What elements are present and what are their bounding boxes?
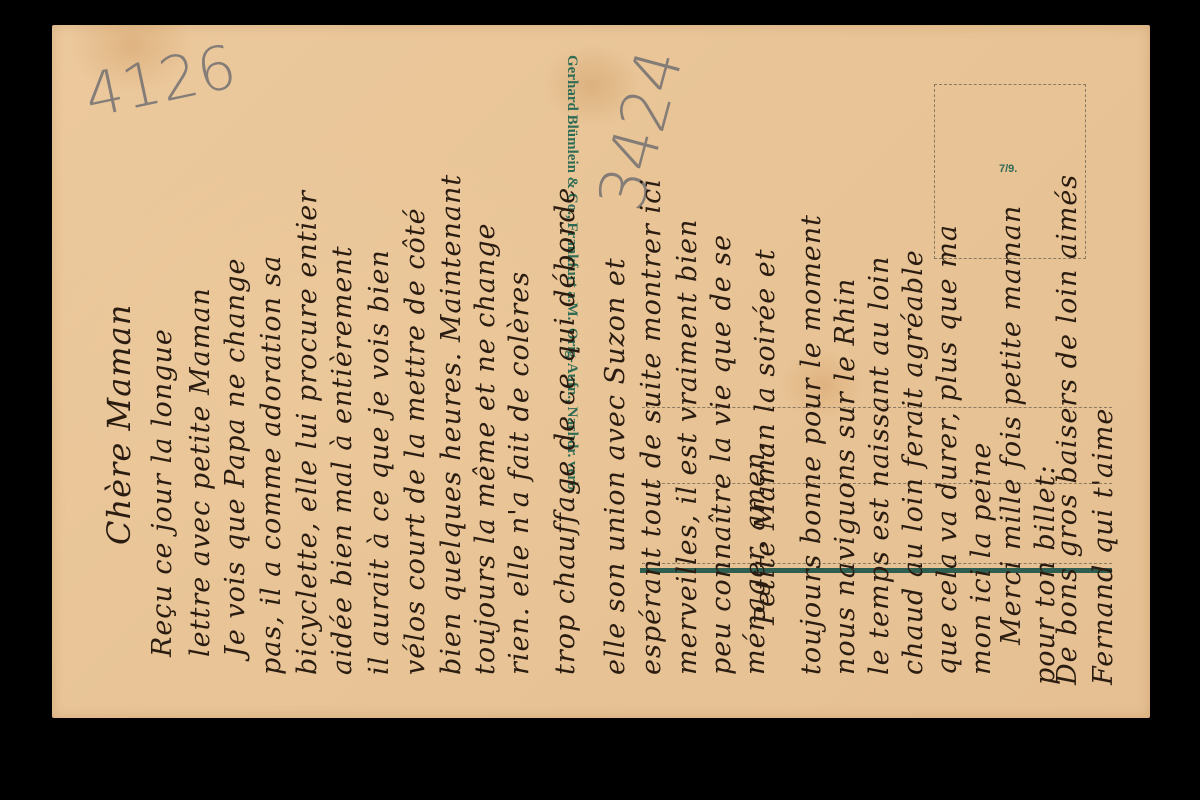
letter-line: trop chauffage de ce qui déborde xyxy=(550,187,581,675)
letter-line: pas, il a comme adoration sa xyxy=(256,255,287,675)
letter-line: De bons gros baisers de loin aimés xyxy=(1052,174,1083,685)
letter-signature: Fernand qui t'aime xyxy=(1088,408,1119,685)
letter-line: le temps est naissant au loin xyxy=(864,256,895,675)
letter-line: nous naviguons sur le Rhin xyxy=(830,278,861,675)
letter-line: toujours bonne pour le moment xyxy=(796,214,827,675)
letter-salutation: Chère Maman xyxy=(100,304,138,545)
letter-line: il aurait à ce que je vois bien xyxy=(364,249,395,675)
letter-line: toujours la même et ne change xyxy=(470,222,501,675)
letter-line: mon ici la peine xyxy=(966,442,997,675)
postcard: 4126 3424 7/9. Gerhard Blümlein & Co., F… xyxy=(52,25,1150,718)
letter-line: espérant tout de suite montrer ici xyxy=(636,178,667,675)
letter-line: elle son union avec Suzon et xyxy=(600,257,631,675)
letter-line: rien. elle n'a fait de colères xyxy=(504,271,535,675)
pencil-number-top-left: 4126 xyxy=(78,32,242,132)
letter-line: aidée bien mal à entièrement xyxy=(327,245,358,675)
letter-line: que cela va durer, plus que ma xyxy=(932,224,963,675)
letter-line: bien quelques heures. Maintenant xyxy=(436,174,467,675)
letter-line: Je vois que Papa ne change xyxy=(220,258,251,657)
letter-line: Petite Maman la soirée et xyxy=(750,248,781,625)
letter-line: vélos court de la mettre de côté xyxy=(400,207,431,675)
letter-line: chaud au loin ferait agréable xyxy=(898,249,929,675)
stamp-box-code: 7/9. xyxy=(999,163,1017,175)
letter-line: merveilles, il est vraiment bien xyxy=(672,219,703,675)
letter-line: Reçu ce jour la longue xyxy=(147,328,178,657)
letter-line: Merci mille fois petite maman xyxy=(996,205,1027,645)
letter-line: peu connaître la vie que de se xyxy=(706,234,737,675)
letter-line: lettre avec petite Maman xyxy=(185,287,216,657)
letter-line: bicyclette, elle lui procure entier xyxy=(292,190,323,675)
